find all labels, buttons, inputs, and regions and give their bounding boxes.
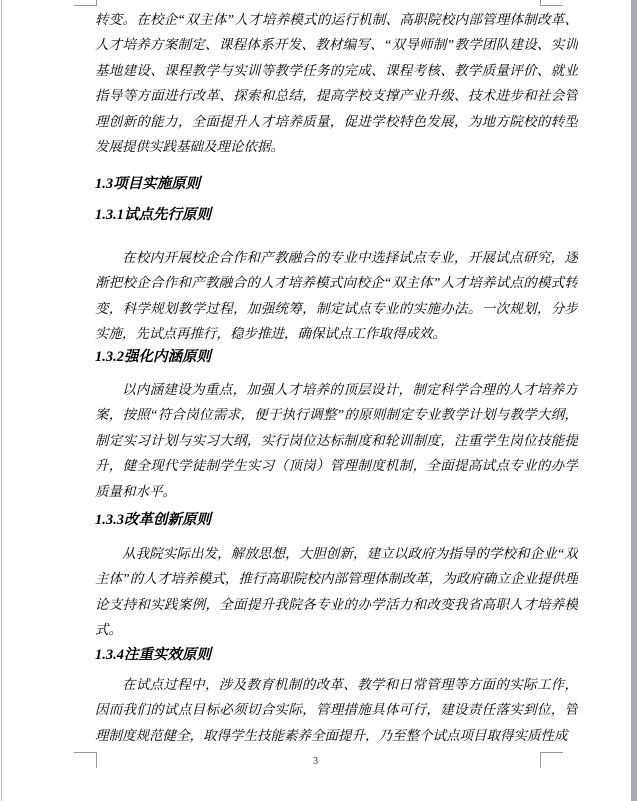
document-page: 转变。在校企“双主体”人才培养模式的运行机制、高职院校内部管理体制改革、人才培养… xyxy=(0,0,637,801)
paragraph-1-3-2: 以内涵建设为重点，加强人才培养的顶层设计，制定科学合理的人才培养方案，按照“符合… xyxy=(95,377,578,505)
crop-mark-top-left xyxy=(74,0,97,6)
crop-mark-top-right xyxy=(540,0,563,6)
paragraph-1-3-3: 从我院实际出发，解放思想，大胆创新，建立以政府为指导的学校和企业“双主体”的人才… xyxy=(95,541,578,643)
heading-1-3-3: 1.3.3改革创新原则 xyxy=(95,512,211,529)
paragraph-continuation: 转变。在校企“双主体”人才培养模式的运行机制、高职院校内部管理体制改革、人才培养… xyxy=(95,7,578,160)
heading-1-3-4: 1.3.4注重实效原则 xyxy=(95,647,211,664)
paragraph-1-3-4: 在试点过程中，涉及教育机制的改革、教学和日常管理等方面的实际工作，因而我们的试点… xyxy=(95,672,578,750)
window-right-edge xyxy=(631,0,637,801)
heading-1-3-2: 1.3.2强化内涵原则 xyxy=(95,349,211,366)
heading-1-3-1: 1.3.1试点先行原则 xyxy=(95,207,211,224)
page-left-edge xyxy=(1,0,2,801)
paragraph-1-3-1: 在校内开展校企合作和产教融合的专业中选择试点专业，开展试点研究，逐渐把校企合作和… xyxy=(95,245,578,347)
heading-section-1-3: 1.3项目实施原则 xyxy=(95,176,200,193)
page-number: 3 xyxy=(0,755,631,769)
